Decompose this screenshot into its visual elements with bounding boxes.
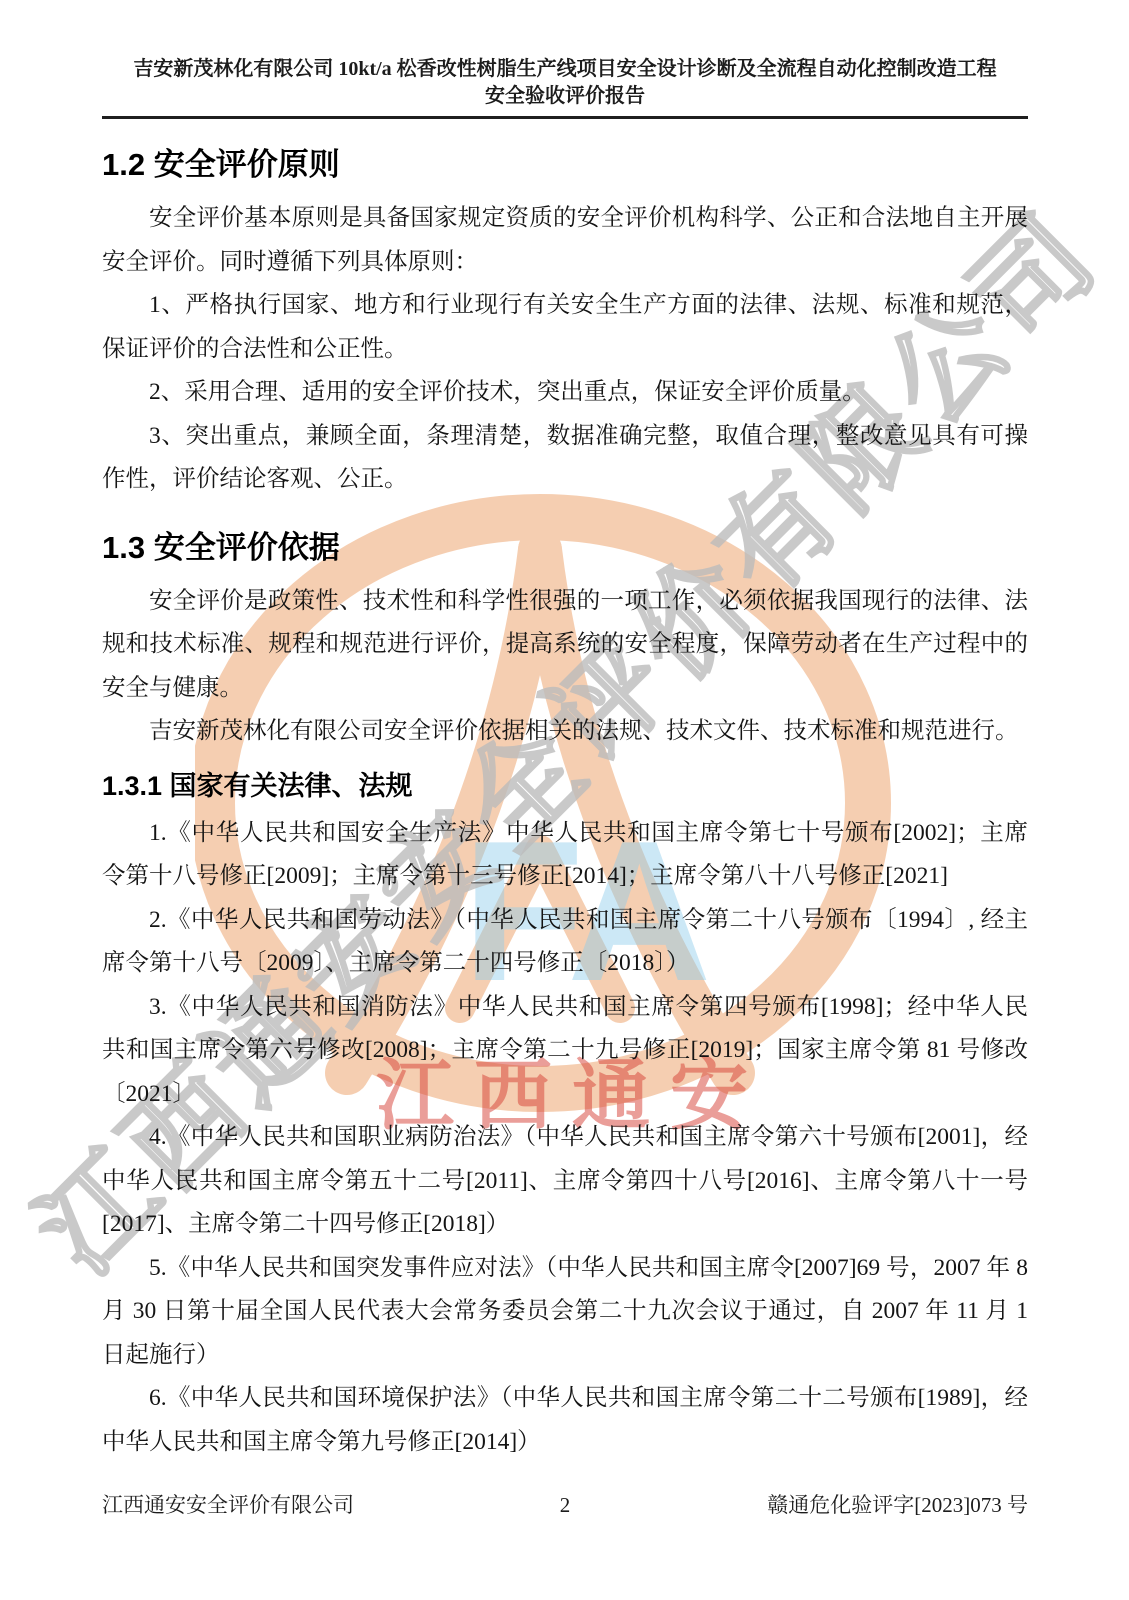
section-title-1-3-1: 1.3.1 国家有关法律、法规 [102,768,1028,804]
document-body: 吉安新茂林化有限公司 10kt/a 松香改性树脂生产线项目安全设计诊断及全流程自… [102,56,1028,1464]
list-item-law-5: 5.《中华人民共和国突发事件应对法》（中华人民共和国主席令[2007]69 号，… [102,1247,1028,1378]
page-header: 吉安新茂林化有限公司 10kt/a 松香改性树脂生产线项目安全设计诊断及全流程自… [102,56,1028,119]
list-item-principle-2: 2、采用合理、适用的安全评价技术，突出重点，保证安全评价质量。 [102,371,1028,415]
para-basis-intro: 安全评价是政策性、技术性和科学性很强的一项工作，必须依据我国现行的法律、法规和技… [102,580,1028,711]
section-title-1-3: 1.3 安全评价依据 [102,528,1028,568]
list-item-law-2: 2.《中华人民共和国劳动法》（中华人民共和国主席令第二十八号颁布〔1994〕, … [102,899,1028,986]
para-basis-company: 吉安新茂林化有限公司安全评价依据相关的法规、技术文件、技术标准和规范进行。 [102,710,1028,754]
footer-doc-number: 赣通危化验评字[2023]073 号 [570,1492,1028,1518]
report-page: FA 江西通安安全评价有限公司 江西通安 吉安新茂林化有限公司 10kt/a 松… [0,0,1129,1600]
page-footer: 江西通安安全评价有限公司 2 赣通危化验评字[2023]073 号 [102,1492,1028,1518]
header-title-line2: 安全验收评价报告 [102,83,1028,110]
list-item-principle-3: 3、突出重点，兼顾全面，条理清楚，数据准确完整，取值合理，整改意见具有可操作性，… [102,415,1028,502]
header-title-line1: 吉安新茂林化有限公司 10kt/a 松香改性树脂生产线项目安全设计诊断及全流程自… [102,56,1028,83]
footer-company: 江西通安安全评价有限公司 [102,1492,560,1518]
para-principles-intro: 安全评价基本原则是具备国家规定资质的安全评价机构科学、公正和合法地自主开展安全评… [102,197,1028,284]
list-item-law-4: 4.《中华人民共和国职业病防治法》（中华人民共和国主席令第六十号颁布[2001]… [102,1116,1028,1247]
list-item-law-3: 3.《中华人民共和国消防法》中华人民共和国主席令第四号颁布[1998]；经中华人… [102,986,1028,1117]
footer-page-number: 2 [560,1492,571,1518]
section-title-1-2: 1.2 安全评价原则 [102,145,1028,185]
list-item-law-1: 1.《中华人民共和国安全生产法》中华人民共和国主席令第七十号颁布[2002]；主… [102,812,1028,899]
list-item-law-6: 6.《中华人民共和国环境保护法》（中华人民共和国主席令第二十二号颁布[1989]… [102,1377,1028,1464]
list-item-principle-1: 1、严格执行国家、地方和行业现行有关安全生产方面的法律、法规、标准和规范，保证评… [102,284,1028,371]
